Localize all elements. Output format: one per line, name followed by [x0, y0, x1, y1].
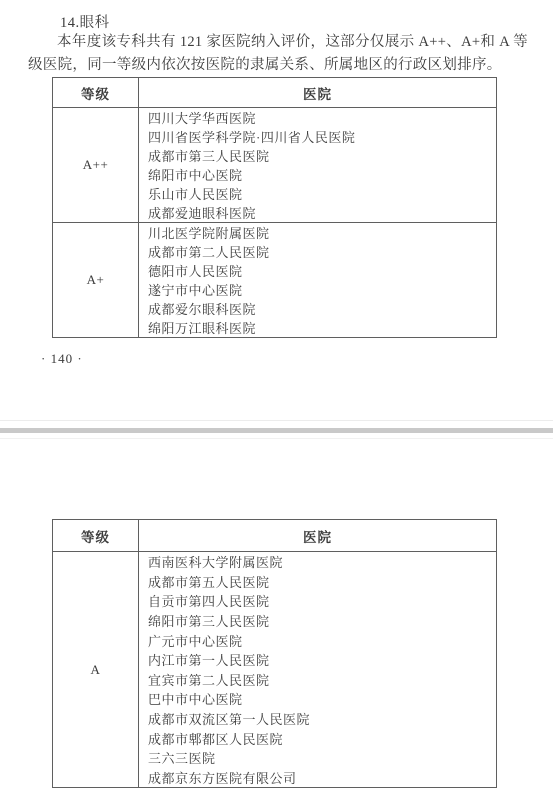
- page-separator-bar: [0, 428, 553, 433]
- hospital-name-cell: 自贡市第四人民医院: [139, 591, 497, 611]
- column-header-grade: 等级: [53, 520, 139, 552]
- section-title: 14.眼科: [60, 11, 110, 32]
- hospital-name-cell: 成都市第三人民医院: [139, 146, 497, 165]
- grade-table-app-ap: 等级医院 A++四川大学华西医院四川省医学科学院·四川省人民医院成都市第三人民医…: [52, 77, 497, 338]
- hospital-name-cell: 四川省医学科学院·四川省人民医院: [139, 127, 497, 146]
- intro-paragraph: 本年度该专科共有 121 家医院纳入评价，这部分仅展示 A++、A+和 A 等级…: [28, 31, 528, 77]
- hospital-name-cell: 乐山市人民医院: [139, 184, 497, 203]
- hospital-name-cell: 成都京东方医院有限公司: [139, 768, 497, 788]
- hospital-name-cell: 成都市双流区第一人民医院: [139, 709, 497, 729]
- table-row: A++四川大学华西医院: [53, 108, 497, 128]
- hospital-name-cell: 绵阳市第三人民医院: [139, 611, 497, 631]
- hospital-name-cell: 三六三医院: [139, 748, 497, 768]
- grade-cell: A++: [53, 108, 139, 223]
- hospital-name-cell: 内江市第一人民医院: [139, 650, 497, 670]
- table-header-row: 等级医院: [53, 520, 497, 552]
- hospital-name-cell: 绵阳万江眼科医院: [139, 318, 497, 338]
- grade-cell: A: [53, 552, 139, 788]
- column-header-hospital: 医院: [139, 78, 497, 108]
- hospital-name-cell: 成都市第二人民医院: [139, 242, 497, 261]
- hospital-name-cell: 广元市中心医院: [139, 630, 497, 650]
- page-separator-line-top: [0, 420, 553, 421]
- hospital-name-cell: 遂宁市中心医院: [139, 280, 497, 299]
- hospital-name-cell: 德阳市人民医院: [139, 261, 497, 280]
- hospital-name-cell: 四川大学华西医院: [139, 108, 497, 128]
- grade-table-a: 等级医院 A西南医科大学附属医院成都市第五人民医院自贡市第四人民医院绵阳市第三人…: [52, 519, 497, 788]
- grade-cell: A+: [53, 223, 139, 338]
- hospital-name-cell: 巴中市中心医院: [139, 689, 497, 709]
- hospital-name-cell: 成都爱尔眼科医院: [139, 299, 497, 318]
- hospital-name-cell: 西南医科大学附属医院: [139, 552, 497, 572]
- hospital-name-cell: 川北医学院附属医院: [139, 223, 497, 243]
- table-header-row: 等级医院: [53, 78, 497, 108]
- table-row: A+川北医学院附属医院: [53, 223, 497, 243]
- column-header-grade: 等级: [53, 78, 139, 108]
- page-number: · 140 ·: [41, 351, 83, 367]
- document-canvas: 14.眼科 本年度该专科共有 121 家医院纳入评价，这部分仅展示 A++、A+…: [0, 0, 553, 799]
- column-header-hospital: 医院: [139, 520, 497, 552]
- hospital-name-cell: 成都爱迪眼科医院: [139, 203, 497, 223]
- hospital-name-cell: 成都市第五人民医院: [139, 572, 497, 592]
- hospital-name-cell: 绵阳市中心医院: [139, 165, 497, 184]
- page-separator-line-bottom: [0, 438, 553, 439]
- hospital-name-cell: 成都市郫都区人民医院: [139, 728, 497, 748]
- table-row: A西南医科大学附属医院: [53, 552, 497, 572]
- hospital-name-cell: 宜宾市第二人民医院: [139, 670, 497, 690]
